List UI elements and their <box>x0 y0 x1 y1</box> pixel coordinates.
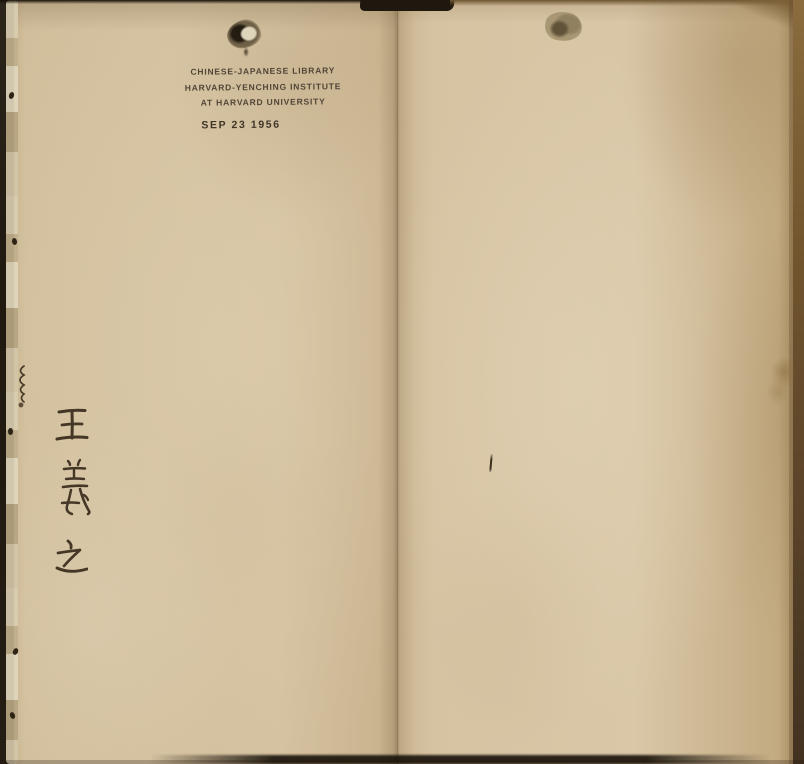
char-zhi-strokes <box>50 538 88 576</box>
calligraphy-column: 王 羲 之 <box>46 402 96 588</box>
date-stamp: SEP 23 1956 <box>186 119 296 132</box>
left-page <box>6 0 396 764</box>
char-wang-strokes <box>54 404 90 446</box>
gutter-fold-line <box>397 0 398 764</box>
char-zhi-text: 之 <box>88 538 89 539</box>
stamp-line-3: AT HARVARD UNIVERSITY <box>168 94 358 111</box>
right-edge-stain <box>762 356 798 410</box>
calligraphy-char-xi: 羲 <box>58 458 92 529</box>
calligraphy-char-zhi: 之 <box>50 538 88 581</box>
bottom-haze <box>0 760 804 764</box>
char-xi-strokes <box>58 458 92 524</box>
book-scan: CHINESE-JAPANESE LIBRARY HARVARD-YENCHIN… <box>0 0 804 764</box>
margin-squiggle-mark <box>12 364 32 410</box>
library-stamp: CHINESE-JAPANESE LIBRARY HARVARD-YENCHIN… <box>168 63 358 111</box>
gutter-shadow <box>378 0 414 764</box>
calligraphy-char-wang: 王 <box>54 404 90 451</box>
ink-blot-left-tail <box>243 47 249 57</box>
stamp-line-1: CHINESE-JAPANESE LIBRARY <box>168 63 358 80</box>
char-xi-text: 羲 <box>92 458 93 459</box>
top-gutter-notch <box>360 0 455 11</box>
right-page <box>396 0 794 764</box>
stamp-line-2: HARVARD-YENCHING INSTITUTE <box>168 79 358 96</box>
char-wang-text: 王 <box>90 404 91 405</box>
edge-speck <box>8 428 13 435</box>
top-edge-left <box>0 0 366 4</box>
